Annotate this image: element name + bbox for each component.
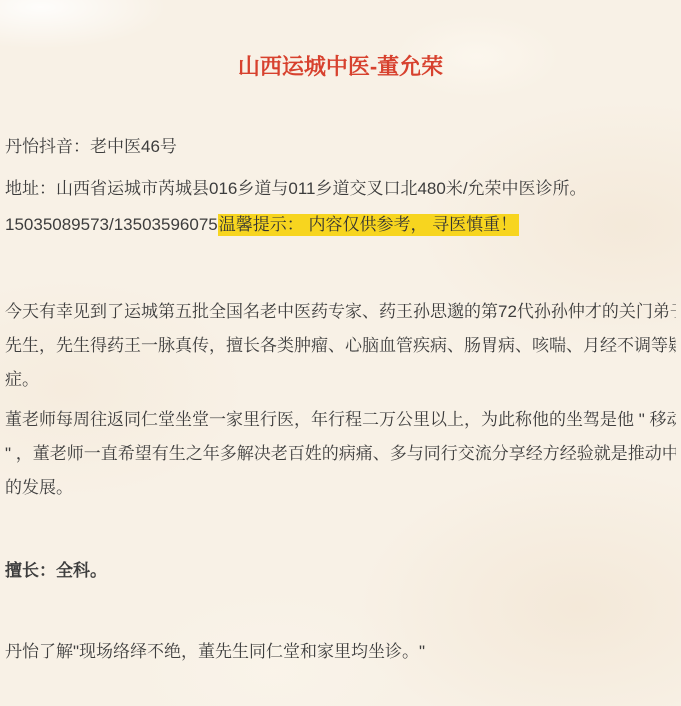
douyin-account-line: 丹怡抖音：老中医46号 — [5, 136, 676, 158]
notice-highlight: 温馨提示： 内容仅供参考， 寻医慎重！ — [218, 214, 519, 236]
intro-paragraph: 今天有幸见到了运城第五批全国名老中医药专家、药王孙思邈的第72代孙孙仲才的关门弟… — [5, 295, 676, 397]
document-page: 山西运城中医-董允荣 丹怡抖音：老中医46号 地址：山西省运城市芮城县016乡道… — [0, 0, 681, 706]
intro-paragraph-line: 症。 — [5, 363, 676, 397]
intro-paragraph-line: 先生，先生得药王一脉真传，擅长各类肿瘤、心脑血管疾病、肠胃病、咳喘、月经不调等疑… — [5, 329, 676, 363]
document-body: 丹怡抖音：老中医46号 地址：山西省运城市芮城县016乡道与011乡道交叉口北4… — [0, 136, 681, 663]
address-line: 地址：山西省运城市芮城县016乡道与011乡道交叉口北480米/允荣中医诊所。 — [5, 178, 676, 200]
specialty-line: 擅长：全科。 — [5, 560, 676, 582]
schedule-paragraph-line: 董老师每周往返同仁堂坐堂一家里行医，年行程二万公里以上，为此称他的坐驾是他 " … — [5, 403, 676, 437]
schedule-paragraph: 董老师每周往返同仁堂坐堂一家里行医，年行程二万公里以上，为此称他的坐驾是他 " … — [5, 403, 676, 505]
phone-numbers: 15035089573/13503596075 — [5, 215, 218, 234]
schedule-paragraph-line: " ，董老师一直希望有生之年多解决老百姓的病痛、多与同行交流分享经方经验就是推动… — [5, 437, 676, 471]
schedule-paragraph-line: 的发展。 — [5, 471, 676, 505]
page-title: 山西运城中医-董允荣 — [0, 0, 681, 80]
closing-line: 丹怡了解"现场络绎不绝，董先生同仁堂和家里均坐诊。" — [5, 641, 676, 663]
phone-notice-line: 15035089573/13503596075温馨提示： 内容仅供参考， 寻医慎… — [5, 214, 676, 236]
intro-paragraph-line: 今天有幸见到了运城第五批全国名老中医药专家、药王孙思邈的第72代孙孙仲才的关门弟… — [5, 295, 676, 329]
